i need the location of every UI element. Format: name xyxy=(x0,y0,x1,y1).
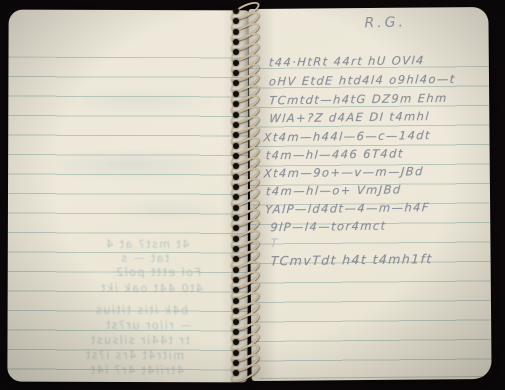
spiral-hole xyxy=(233,174,239,180)
spiral-hole xyxy=(233,319,239,325)
bleedthrough-line: mitr4t 4rs i?st xyxy=(84,348,185,363)
notebook-photo: 4t mst? at 4 tat — s Fol ettt pol2 4t0 4… xyxy=(0,0,505,390)
handwritten-line: WlA+?Z d4AE DI t4mhl xyxy=(269,107,431,127)
handwritten-line: t44·HtRt 44rt hU OVl4 xyxy=(268,51,425,71)
pencil-smudge xyxy=(113,198,223,222)
spiral-hole xyxy=(233,205,239,211)
bleedthrough-line: tr t44ir silsust xyxy=(89,333,191,348)
bleedthrough-line: 4t0 44t oak ikt xyxy=(99,281,204,296)
spiral-hole xyxy=(233,246,239,252)
spiral-hole xyxy=(233,329,239,335)
spiral-hole xyxy=(233,350,239,356)
spiral-hole xyxy=(233,91,239,97)
page-initials: R.G. xyxy=(364,14,406,31)
spiral-hole xyxy=(233,184,239,190)
spiral-hole xyxy=(233,60,239,66)
handwritten-line: Xt4m—9o+—v—m—JBd xyxy=(263,162,424,182)
handwritten-line: oHV EtdE htd4l4 o9hl4o—t xyxy=(268,70,456,91)
spiral-binding xyxy=(226,5,270,385)
handwritten-line: YAlP—ld4dt—4—m—h4F xyxy=(264,198,430,218)
page-stack-edge xyxy=(260,376,484,379)
spiral-hole xyxy=(233,298,239,304)
spiral-hole xyxy=(233,267,239,273)
notebook-right-page: R.G. t44·HtRt 44rt hU OVl4 oHV EtdE htd4… xyxy=(248,7,491,381)
spiral-hole xyxy=(233,8,239,14)
handwritten-line: TCmvTdt h4t t4mh1ft xyxy=(270,250,433,270)
handwritten-line: t4m—hl—o+ VmJBd xyxy=(265,180,402,200)
handwritten-line: 9lP—l4—tor4mct xyxy=(270,217,388,237)
spiral-hole xyxy=(233,143,239,149)
handwritten-line: t4m—hl—446 6T4dt xyxy=(265,144,404,164)
spiral-hole xyxy=(233,39,239,45)
bleedthrough-line: Fol ettt pol2 xyxy=(114,265,202,280)
spiral-hole xyxy=(233,360,239,366)
bleedthrough-line: tat — s xyxy=(119,251,170,266)
spiral-hole xyxy=(233,236,239,242)
notebook-left-page: 4t mst? at 4 tat — s Fol ettt pol2 4t0 4… xyxy=(7,10,248,383)
handwritten-line-faint: T xyxy=(270,234,280,252)
handwritten-line: Xt4m—h44l—6—c—14dt xyxy=(263,126,432,146)
bleedthrough-line: 4tril4t 4r? l4t xyxy=(89,363,185,378)
spiral-hole xyxy=(233,153,239,159)
bleedthrough-line: 4t mst? at 4 xyxy=(104,237,190,252)
bleedthrough-line: b4k itis titius xyxy=(94,303,189,318)
bleedthrough-line: — rilor ur?st xyxy=(104,318,192,333)
spiral-hole xyxy=(233,122,239,128)
spiral-hole xyxy=(233,112,239,118)
pencil-smudge xyxy=(58,88,218,115)
spiral-hole xyxy=(233,29,239,35)
spiral-hole xyxy=(233,215,239,221)
pencil-smudge xyxy=(33,148,228,183)
